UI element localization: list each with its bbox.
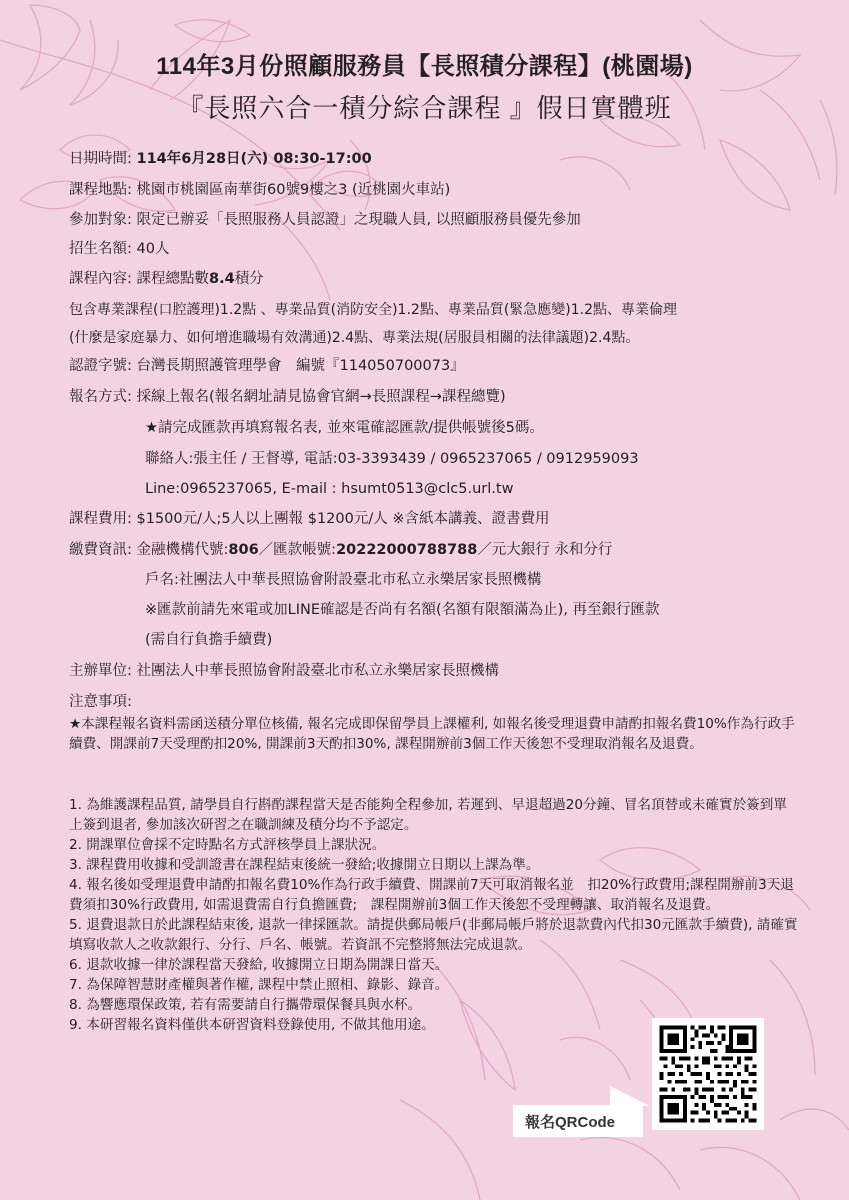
organizer-label: 主辦單位: — [69, 663, 132, 679]
target-value: 限定已辦妥「長照服務人員認證」之現職人員, 以照顧服務員優先參加 — [137, 212, 581, 228]
location-value: 桃園市桃園區南華街60號9樓之3 (近桃園火車站) — [137, 182, 451, 198]
note-item-7: 7. 為保障智慧財產權與著作權, 課程中禁止照相、錄影、錄音。 — [69, 975, 799, 995]
content-value-points: 8.4 — [209, 271, 235, 287]
info-certification: 認證字號: 台灣長期照護管理學會 編號『114050700073』 — [69, 356, 465, 376]
info-location: 課程地點: 桃園市桃園區南華街60號9樓之3 (近桃園火車站) — [69, 180, 450, 200]
certification-label: 認證字號: — [69, 358, 132, 374]
note-item-5: 5. 退費退款日於此課程結束後, 退款一律採匯款。請提供郵局帳戶(非郵局帳戶將於… — [69, 915, 799, 955]
qr-label: 報名QRCode — [513, 1105, 643, 1137]
payment-note-2: (需自行負擔手續費) — [145, 630, 272, 650]
notes-star-text: ★本課程報名資料需函送積分單位核備, 報名完成即保留學員上課權利, 如報名後受理… — [69, 714, 799, 754]
content-value-suffix: 積分 — [235, 271, 264, 287]
quota-label: 招生名額: — [69, 241, 132, 257]
notes-heading: 注意事項: — [69, 692, 132, 712]
info-payment: 繳費資訊: 金融機構代號:806／匯款帳號:20222000788788／元大銀… — [69, 540, 612, 560]
payment-note-1: ※匯款前請先來電或加LINE確認是否尚有名額(名額有限額滿為止), 再至銀行匯款 — [145, 600, 660, 620]
info-quota: 招生名額: 40人 — [69, 239, 169, 259]
registration-line-email: Line:0965237065, E-mail : hsumt0513@clc5… — [145, 479, 513, 499]
note-item-1: 1. 為維護課程品質, 請學員自行斟酌課程當天是否能夠全程參加, 若遲到、早退超… — [69, 795, 799, 835]
info-date: 日期時間: 114年6月28日(六) 08:30-17:00 — [69, 149, 372, 169]
location-label: 課程地點: — [69, 182, 132, 198]
qr-code-icon[interactable] — [652, 1018, 764, 1130]
registration-value: 採線上報名(報名網址請見協會官網→長照課程→課程總覽) — [137, 389, 506, 405]
note-item-8: 8. 為響應環保政策, 若有需要請自行攜帶環保餐具與水杯。 — [69, 995, 799, 1015]
bank-code: 806 — [228, 542, 258, 558]
qr-label-pointer — [610, 1086, 650, 1106]
bank-name: ／元大銀行 永和分行 — [477, 542, 612, 558]
title-line-1: 114年3月份照顧服務員【長照積分課程】(桃園場) — [0, 46, 849, 81]
notes-list: 1. 為維護課程品質, 請學員自行斟酌課程當天是否能夠全程參加, 若遲到、早退超… — [69, 795, 799, 1035]
content-label: 課程內容: — [69, 271, 132, 287]
title-line-2: 『長照六合一積分綜合課程 』假日實體班 — [0, 88, 849, 125]
registration-label: 報名方式: — [69, 389, 132, 405]
content-value-prefix: 課程總點數 — [137, 271, 210, 287]
quota-value: 40人 — [137, 241, 170, 257]
note-item-3: 3. 課程費用收據和受訓證書在課程結束後統一發給;收據開立日期以上課為準。 — [69, 855, 799, 875]
registration-note: ★請完成匯款再填寫報名表, 並來電確認匯款/提供帳號後5碼。 — [145, 418, 544, 438]
account-number: 20222000788788 — [336, 542, 477, 558]
info-target: 參加對象: 限定已辦妥「長照服務人員認證」之現職人員, 以照顧服務員優先參加 — [69, 210, 581, 230]
info-organizer: 主辦單位: 社團法人中華長照協會附設臺北市私立永樂居家長照機構 — [69, 661, 499, 681]
payment-account-name: 戶名:社團法人中華長照協會附設臺北市私立永樂居家長照機構 — [145, 570, 541, 590]
info-content: 課程內容: 課程總點數8.4積分 — [69, 269, 264, 289]
date-label: 日期時間: — [69, 151, 132, 167]
info-registration: 報名方式: 採線上報名(報名網址請見協會官網→長照課程→課程總覽) — [69, 387, 506, 407]
content-detail-line-2: (什麼是家庭暴力、如何增進職場有效溝通)2.4點、專業法規(居服員相關的法律議題… — [69, 328, 639, 348]
fee-label: 課程費用: — [69, 511, 132, 527]
target-label: 參加對象: — [69, 212, 132, 228]
account-label: ／匯款帳號: — [259, 542, 336, 558]
info-fee: 課程費用: $1500元/人;5人以上團報 $1200元/人 ※含紙本講義、證書… — [69, 509, 550, 529]
note-item-2: 2. 開課單位會採不定時點名方式評核學員上課狀況。 — [69, 835, 799, 855]
organizer-value: 社團法人中華長照協會附設臺北市私立永樂居家長照機構 — [137, 663, 500, 679]
bank-code-label: 金融機構代號: — [137, 542, 229, 558]
notes-star: ★本課程報名資料需函送積分單位核備, 報名完成即保留學員上課權利, 如報名後受理… — [69, 714, 799, 754]
content-detail-line-1: 包含專業課程(口腔護理)1.2點 、專業品質(消防安全)1.2點、專業品質(緊急… — [69, 300, 677, 320]
date-value: 114年6月28日(六) 08:30-17:00 — [137, 151, 372, 167]
certification-value: 台灣長期照護管理學會 編號『114050700073』 — [137, 358, 465, 374]
fee-value: $1500元/人;5人以上團報 $1200元/人 ※含紙本講義、證書費用 — [137, 511, 550, 527]
registration-contact: 聯絡人:張主任 / 王督導, 電話:03-3393439 / 096523706… — [145, 449, 639, 469]
note-item-4: 4. 報名後如受理退費申請酌扣報名費10%作為行政手續費、開課前7天可取消報名並… — [69, 875, 799, 915]
note-item-6: 6. 退款收據一律於課程當天發給, 收據開立日期為開課日當天。 — [69, 955, 799, 975]
payment-label: 繳費資訊: — [69, 542, 132, 558]
